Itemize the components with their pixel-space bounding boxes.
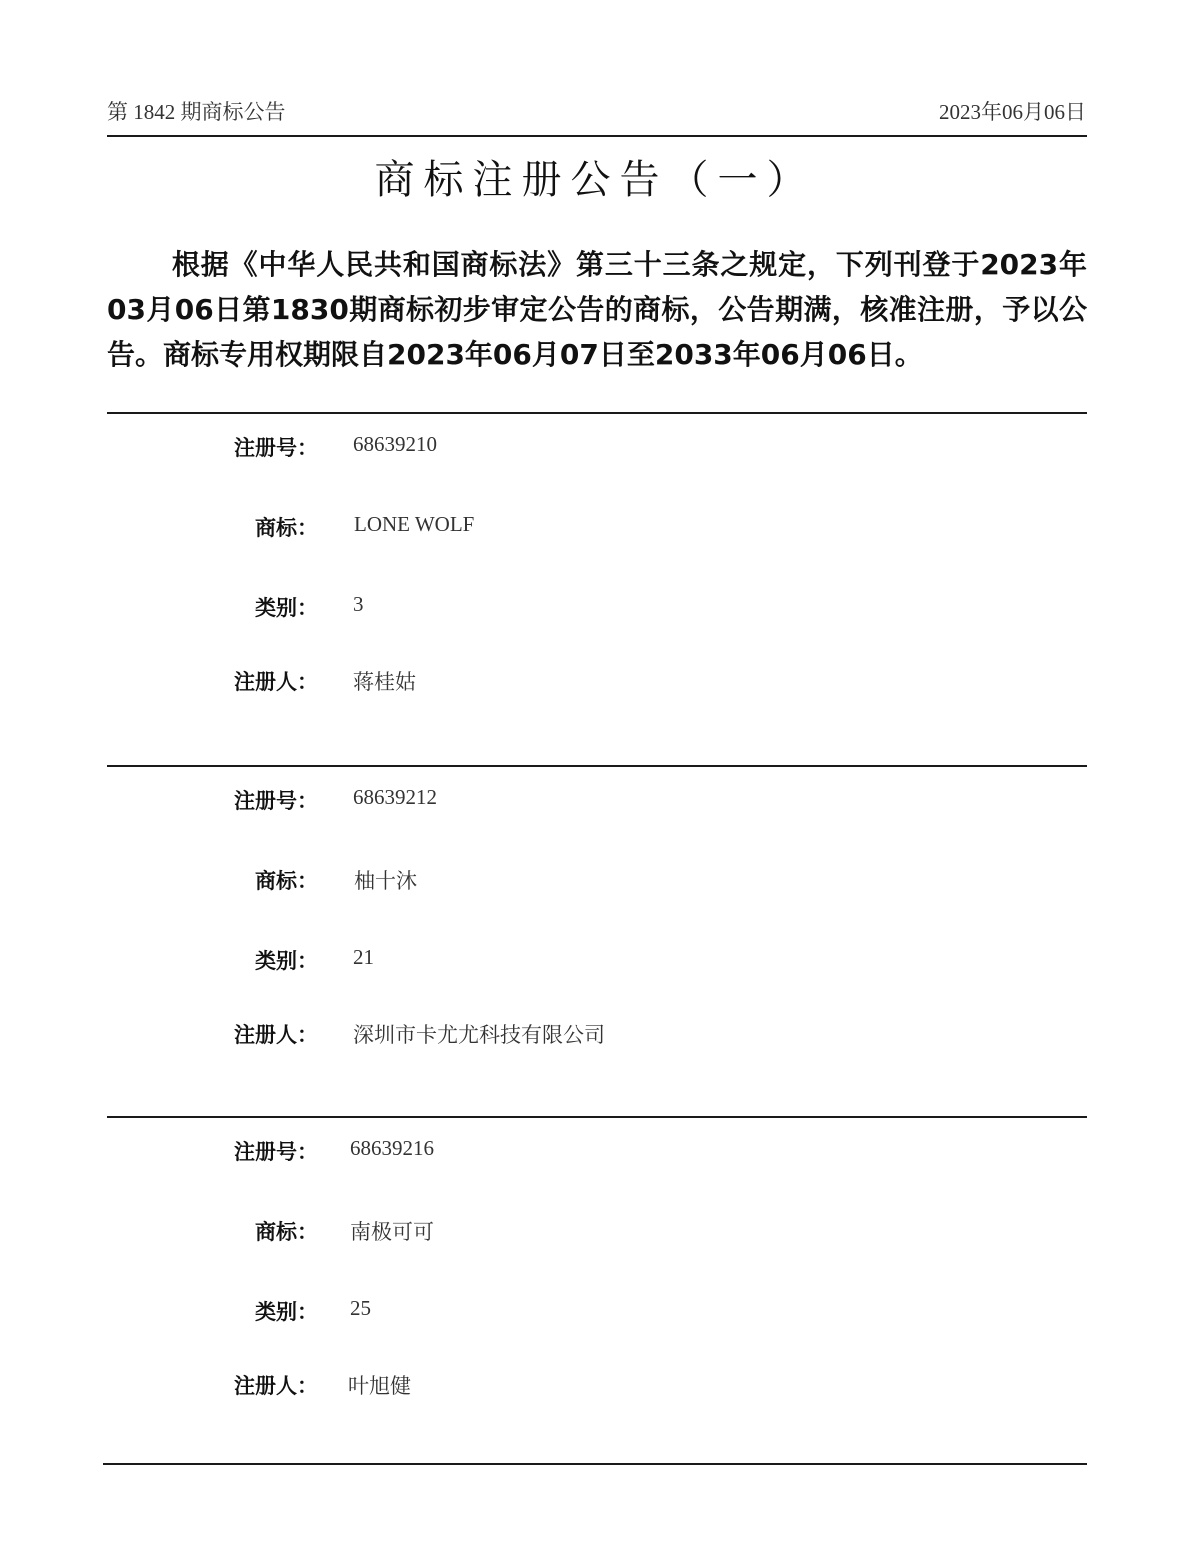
mark-label: 商标： <box>255 512 318 542</box>
class-value: 3 <box>353 592 364 617</box>
registrant-field: 注册人： 深圳市卡尤尤科技有限公司 <box>0 1019 1190 1049</box>
mark-field: 商标： 柚十沐 <box>0 865 1190 895</box>
mark-field: 商标： LONE WOLF <box>0 512 1190 542</box>
reg-no-value: 68639216 <box>350 1136 434 1161</box>
registrant-value: 深圳市卡尤尤科技有限公司 <box>353 1019 605 1049</box>
class-label: 类别： <box>255 1296 318 1326</box>
header-divider <box>107 135 1087 137</box>
mark-value: 柚十沐 <box>354 865 417 895</box>
registrant-label: 注册人： <box>234 1370 318 1400</box>
issue-number: 第 1842 期商标公告 <box>107 96 286 126</box>
class-label: 类别： <box>255 945 318 975</box>
mark-field: 商标： 南极可可 <box>0 1216 1190 1246</box>
page-header: 第 1842 期商标公告 2023年06月06日 <box>107 96 1086 126</box>
issue-date: 2023年06月06日 <box>939 96 1086 126</box>
reg-no-label: 注册号： <box>234 432 318 462</box>
footer-divider <box>103 1463 1087 1465</box>
mark-value: 南极可可 <box>350 1216 434 1246</box>
reg-no-field: 注册号： 68639216 <box>0 1136 1190 1166</box>
class-field: 类别： 25 <box>0 1296 1190 1326</box>
page-title: 商标注册公告（一） <box>0 148 1190 205</box>
reg-no-value: 68639212 <box>353 785 437 810</box>
reg-no-field: 注册号： 68639212 <box>0 785 1190 815</box>
class-label: 类别： <box>255 592 318 622</box>
class-value: 21 <box>353 945 374 970</box>
mark-label: 商标： <box>255 865 318 895</box>
intro-text: 根据《中华人民共和国商标法》第三十三条之规定，下列刊登于2023年03月06日第… <box>107 248 1087 371</box>
reg-no-label: 注册号： <box>234 785 318 815</box>
class-value: 25 <box>350 1296 371 1321</box>
registrant-value: 蒋桂姑 <box>353 666 416 696</box>
reg-no-field: 注册号： 68639210 <box>0 432 1190 462</box>
reg-no-label: 注册号： <box>234 1136 318 1166</box>
record-divider <box>107 1116 1087 1118</box>
record-divider <box>107 765 1087 767</box>
mark-label: 商标： <box>255 1216 318 1246</box>
registrant-value: 叶旭健 <box>348 1370 411 1400</box>
intro-paragraph: 根据《中华人民共和国商标法》第三十三条之规定，下列刊登于2023年03月06日第… <box>107 242 1087 377</box>
reg-no-value: 68639210 <box>353 432 437 457</box>
mark-value: LONE WOLF <box>354 512 474 537</box>
registrant-field: 注册人： 蒋桂姑 <box>0 666 1190 696</box>
registrant-label: 注册人： <box>234 666 318 696</box>
registrant-label: 注册人： <box>234 1019 318 1049</box>
class-field: 类别： 21 <box>0 945 1190 975</box>
record-divider <box>107 412 1087 414</box>
registrant-field: 注册人： 叶旭健 <box>0 1370 1190 1400</box>
class-field: 类别： 3 <box>0 592 1190 622</box>
